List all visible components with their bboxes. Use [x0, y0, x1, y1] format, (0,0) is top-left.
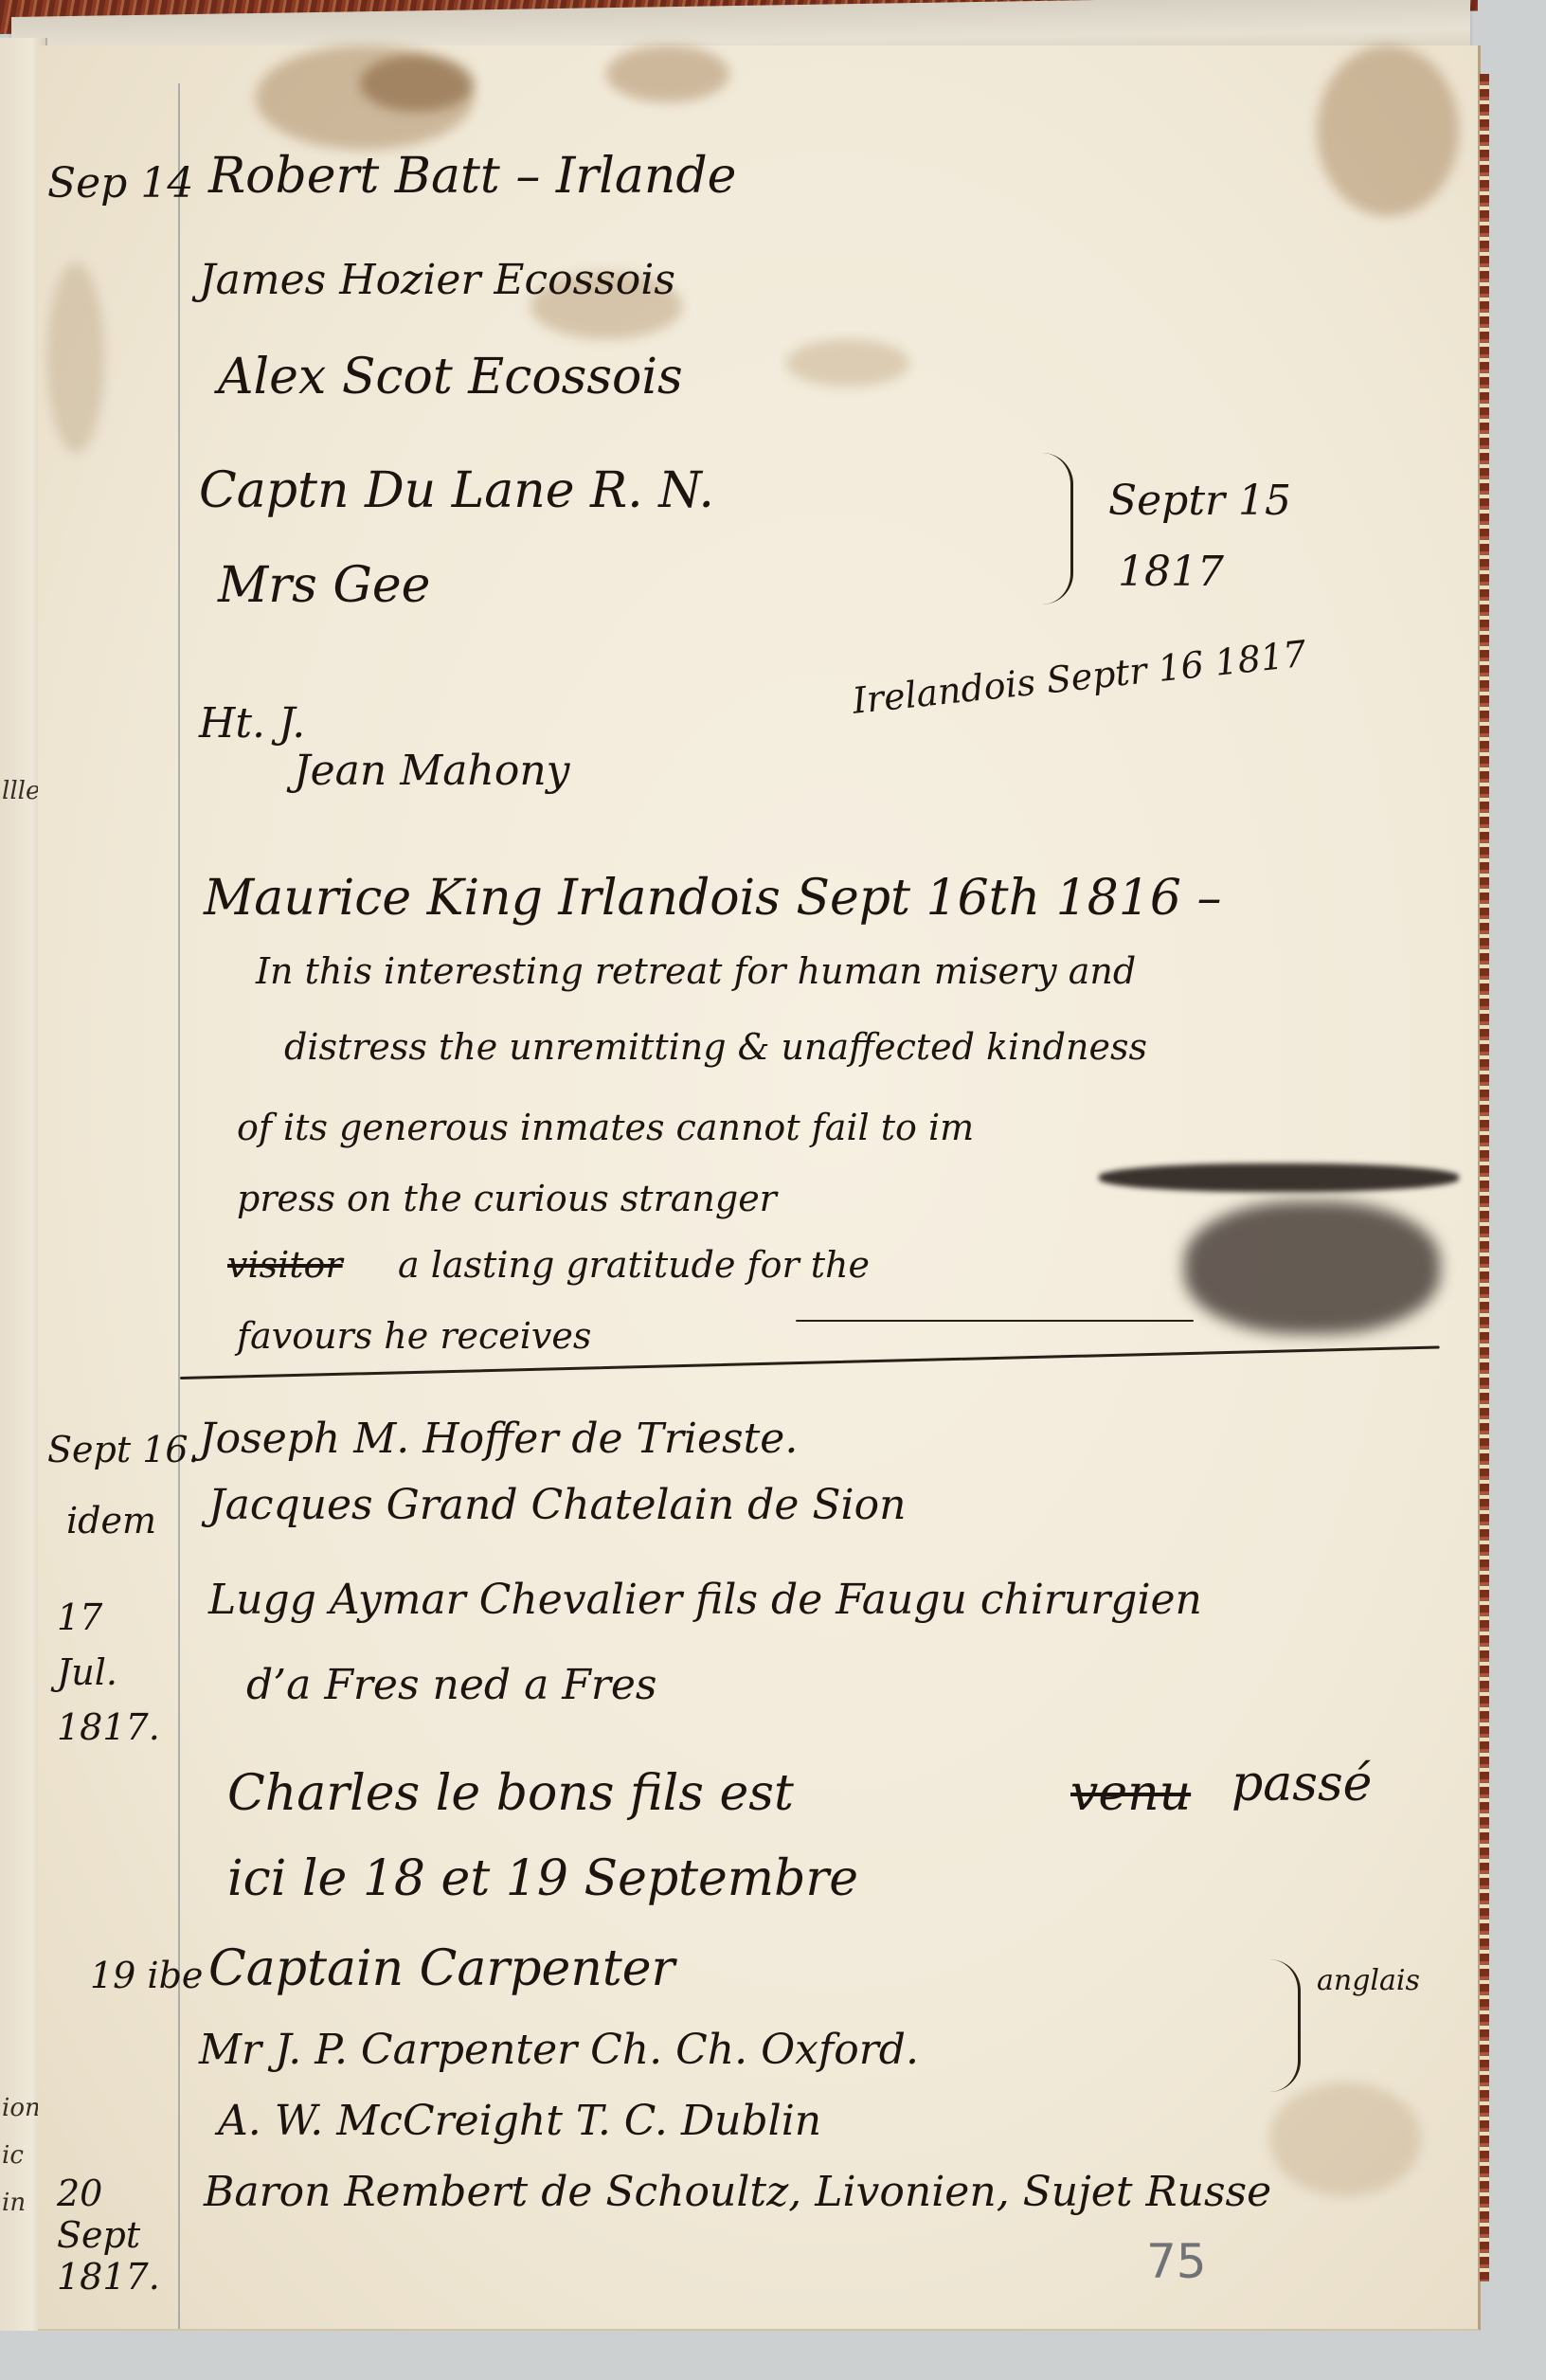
- grouping-brace: [1269, 1959, 1301, 2092]
- ink-strike-smudge: [1099, 1163, 1459, 1192]
- entry-line: d’a Fres ned a Fres: [246, 1661, 656, 1709]
- water-stain: [47, 263, 104, 453]
- fragment-text: ion: [2, 2094, 41, 2122]
- entry-date: Sep 14: [47, 159, 193, 207]
- entry-line: Maurice King Irlandois Sept 16th 1816 –: [204, 870, 1221, 927]
- entry-line: James Hozier Ecossois: [199, 256, 675, 304]
- struck-word: visitor: [227, 1244, 343, 1286]
- entry-line: Robert Batt – Irlande: [208, 148, 736, 205]
- fragment-text: in: [2, 2189, 26, 2217]
- entry-line: Baron Rembert de Schoultz, Livonien, Suj…: [204, 2168, 1271, 2216]
- struck-word: venu: [1070, 1765, 1191, 1822]
- entry-line: ici le 18 et 19 Septembre: [227, 1850, 858, 1907]
- entry-date: 17 Jul. 1817.: [57, 1590, 171, 1755]
- entry-line: Mr J. P. Carpenter Ch. Ch. Oxford.: [199, 2026, 919, 2074]
- entry-line: Alex Scot Ecossois: [218, 349, 683, 406]
- grouping-brace: [1042, 453, 1073, 604]
- ink-blot: [1184, 1201, 1440, 1334]
- entry-line: Lugg Aymar Chevalier fils de Faugu chiru…: [208, 1576, 1202, 1624]
- bracket-note: anglais: [1317, 1964, 1420, 1997]
- entry-date: idem: [66, 1500, 156, 1542]
- water-stain: [1317, 45, 1459, 216]
- entry-line: Jean Mahony: [294, 747, 570, 795]
- note-line: distress the unremitting & unaffected ki…: [284, 1026, 1147, 1068]
- fragment-text: llle: [2, 777, 40, 805]
- entry-line: Mrs Gee: [218, 557, 430, 614]
- bracket-note: Septr 15: [1108, 477, 1291, 525]
- water-stain: [1269, 2082, 1421, 2196]
- entry-line: Captain Carpenter: [208, 1940, 674, 1997]
- entry-line: passé: [1231, 1756, 1372, 1812]
- entry-date: Sept 16.: [47, 1429, 200, 1470]
- note-line: In this interesting retreat for human mi…: [256, 950, 1136, 992]
- entry-date: 19 ibe: [90, 1955, 203, 1996]
- flourish-line: [796, 1320, 1194, 1322]
- manuscript-page: Sep 14 Robert Batt – Irlande James Hozie…: [38, 45, 1481, 2331]
- entry-line: Captn Du Lane R. N.: [199, 462, 714, 519]
- entry-line: Jacques Grand Chatelain de Sion: [208, 1481, 906, 1529]
- entry-line: Joseph M. Hoffer de Trieste.: [199, 1415, 798, 1463]
- entry-date: 20 Sept 1817.: [57, 2173, 180, 2298]
- fragment-text: ic: [2, 2141, 24, 2170]
- entry-line: Charles le bons fils est: [227, 1765, 794, 1822]
- note-line: favours he receives: [237, 1315, 591, 1357]
- note-line: of its generous inmates cannot fail to i…: [237, 1107, 974, 1148]
- note-line: a lasting gratitude for the: [398, 1244, 870, 1286]
- folio-number: 75: [1146, 2234, 1207, 2289]
- note-line: press on the curious stranger: [237, 1178, 777, 1219]
- entry-line: Ht. J.: [199, 699, 305, 748]
- water-stain: [606, 45, 729, 102]
- entry-line: A. W. McCreight T. C. Dublin: [218, 2097, 821, 2145]
- water-stain: [786, 339, 909, 387]
- entry-line: Irelandois Septr 16 1817: [851, 633, 1308, 722]
- bracket-note: 1817: [1118, 548, 1224, 596]
- water-stain: [360, 55, 474, 112]
